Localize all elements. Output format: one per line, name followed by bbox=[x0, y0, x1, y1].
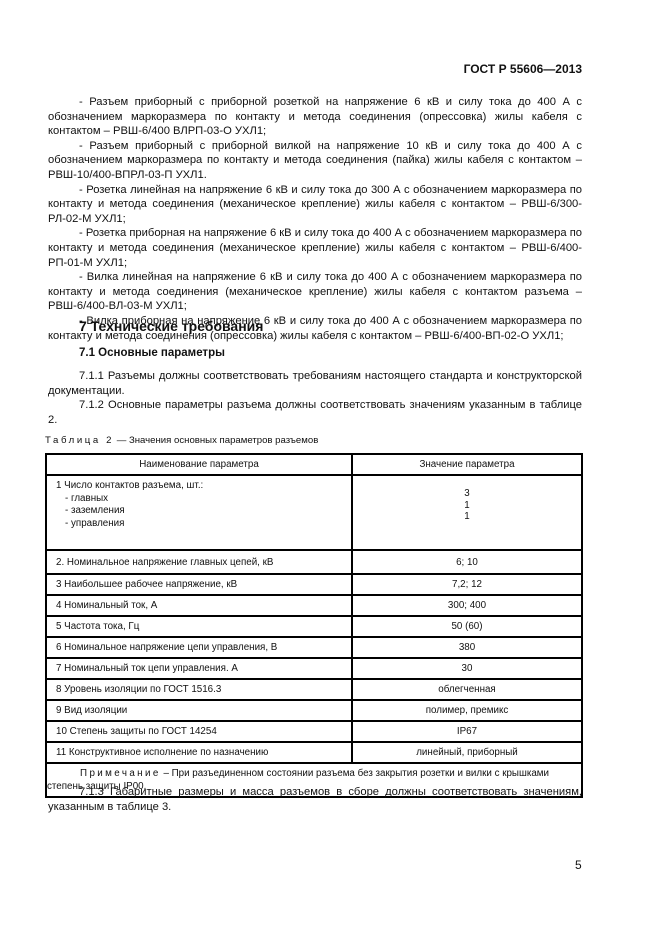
table-header-row: Наименование параметра Значение параметр… bbox=[46, 454, 582, 475]
parameter-subvalue: 1 bbox=[353, 511, 581, 523]
closing-paragraph: 7.1.3 Габаритные размеры и масса разъемо… bbox=[48, 785, 582, 814]
page-number: 5 bbox=[575, 858, 582, 872]
parameter-name: 1 Число контактов разъема, шт.: - главны… bbox=[46, 475, 352, 550]
parameter-value: 6; 10 bbox=[352, 550, 582, 574]
closing-paragraph-block: 7.1.3 Габаритные размеры и масса разъемо… bbox=[48, 785, 582, 814]
parameter-subitem: - главных bbox=[56, 493, 351, 506]
parameter-value: 30 bbox=[352, 658, 582, 679]
parameter-subvalue: 3 bbox=[353, 488, 581, 500]
intro-item: - Розетка приборная на напряжение 6 кВ и… bbox=[48, 226, 582, 270]
table-row: 6 Номинальное напряжение цепи управления… bbox=[46, 637, 582, 658]
parameter-name: 5 Частота тока, Гц bbox=[46, 616, 352, 637]
requirement-paragraph: 7.1.2 Основные параметры разъема должны … bbox=[48, 398, 582, 427]
parameters-table: Наименование параметра Значение параметр… bbox=[45, 453, 583, 798]
note-label: Примечание bbox=[80, 768, 161, 779]
table-row: 4 Номинальный ток, А300; 400 bbox=[46, 595, 582, 616]
intro-item: - Вилка линейная на напряжение 6 кВ и си… bbox=[48, 270, 582, 314]
parameter-value: IP67 bbox=[352, 721, 582, 742]
parameter-name: 3 Наибольшее рабочее напряжение, кВ bbox=[46, 574, 352, 595]
parameter-name: 6 Номинальное напряжение цепи управления… bbox=[46, 637, 352, 658]
intro-item: - Розетка линейная на напряжение 6 кВ и … bbox=[48, 183, 582, 227]
table-caption-text: — Значения основных параметров разъемов bbox=[114, 435, 318, 446]
parameter-value: линейный, приборный bbox=[352, 742, 582, 763]
subsection-title: 7.1 Основные параметры bbox=[79, 347, 225, 359]
intro-item: - Разъем приборный с приборной вилкой на… bbox=[48, 139, 582, 183]
parameter-value: 7,2; 12 bbox=[352, 574, 582, 595]
parameter-name: 2. Номинальное напряжение главных цепей,… bbox=[46, 550, 352, 574]
column-header-name: Наименование параметра bbox=[46, 454, 352, 475]
parameter-subitem: - управления bbox=[56, 518, 351, 531]
table-row: 3 Наибольшее рабочее напряжение, кВ7,2; … bbox=[46, 574, 582, 595]
parameter-name: 11 Конструктивное исполнение по назначен… bbox=[46, 742, 352, 763]
table-row: 7 Номинальный ток цепи управления. А30 bbox=[46, 658, 582, 679]
section-title: 7 Технические требования bbox=[79, 318, 263, 334]
table-caption-label: Таблица 2 bbox=[45, 435, 114, 446]
intro-item: - Разъем приборный с приборной розеткой … bbox=[48, 95, 582, 139]
table-row: 5 Частота тока, Гц50 (60) bbox=[46, 616, 582, 637]
column-header-value: Значение параметра bbox=[352, 454, 582, 475]
table-row: 9 Вид изоляцииполимер, премикс bbox=[46, 700, 582, 721]
table-row: 8 Уровень изоляции по ГОСТ 1516.3облегче… bbox=[46, 679, 582, 700]
table-caption: Таблица 2 — Значения основных параметров… bbox=[45, 435, 318, 446]
table-row: 10 Степень защиты по ГОСТ 14254IP67 bbox=[46, 721, 582, 742]
requirement-paragraph: 7.1.1 Разъемы должны соответствовать тре… bbox=[48, 369, 582, 398]
table-row: 1 Число контактов разъема, шт.: - главны… bbox=[46, 475, 582, 550]
parameter-name: 8 Уровень изоляции по ГОСТ 1516.3 bbox=[46, 679, 352, 700]
table-row: 2. Номинальное напряжение главных цепей,… bbox=[46, 550, 582, 574]
parameter-title: 1 Число контактов разъема, шт.: bbox=[56, 480, 203, 491]
parameter-name: 10 Степень защиты по ГОСТ 14254 bbox=[46, 721, 352, 742]
requirements: 7.1.1 Разъемы должны соответствовать тре… bbox=[48, 369, 582, 427]
parameter-name: 4 Номинальный ток, А bbox=[46, 595, 352, 616]
parameter-value: облегченная bbox=[352, 679, 582, 700]
parameter-value: 380 bbox=[352, 637, 582, 658]
parameter-name: 9 Вид изоляции bbox=[46, 700, 352, 721]
parameter-value: 300; 400 bbox=[352, 595, 582, 616]
table-row: 11 Конструктивное исполнение по назначен… bbox=[46, 742, 582, 763]
parameter-value: полимер, премикс bbox=[352, 700, 582, 721]
parameter-value: 3 1 1 bbox=[352, 475, 582, 550]
parameter-subitem: - заземления bbox=[56, 505, 351, 518]
document-id: ГОСТ Р 55606—2013 bbox=[464, 62, 582, 76]
parameter-name: 7 Номинальный ток цепи управления. А bbox=[46, 658, 352, 679]
parameter-value: 50 (60) bbox=[352, 616, 582, 637]
parameter-subvalue: 1 bbox=[353, 500, 581, 512]
intro-list: - Разъем приборный с приборной розеткой … bbox=[48, 95, 582, 343]
